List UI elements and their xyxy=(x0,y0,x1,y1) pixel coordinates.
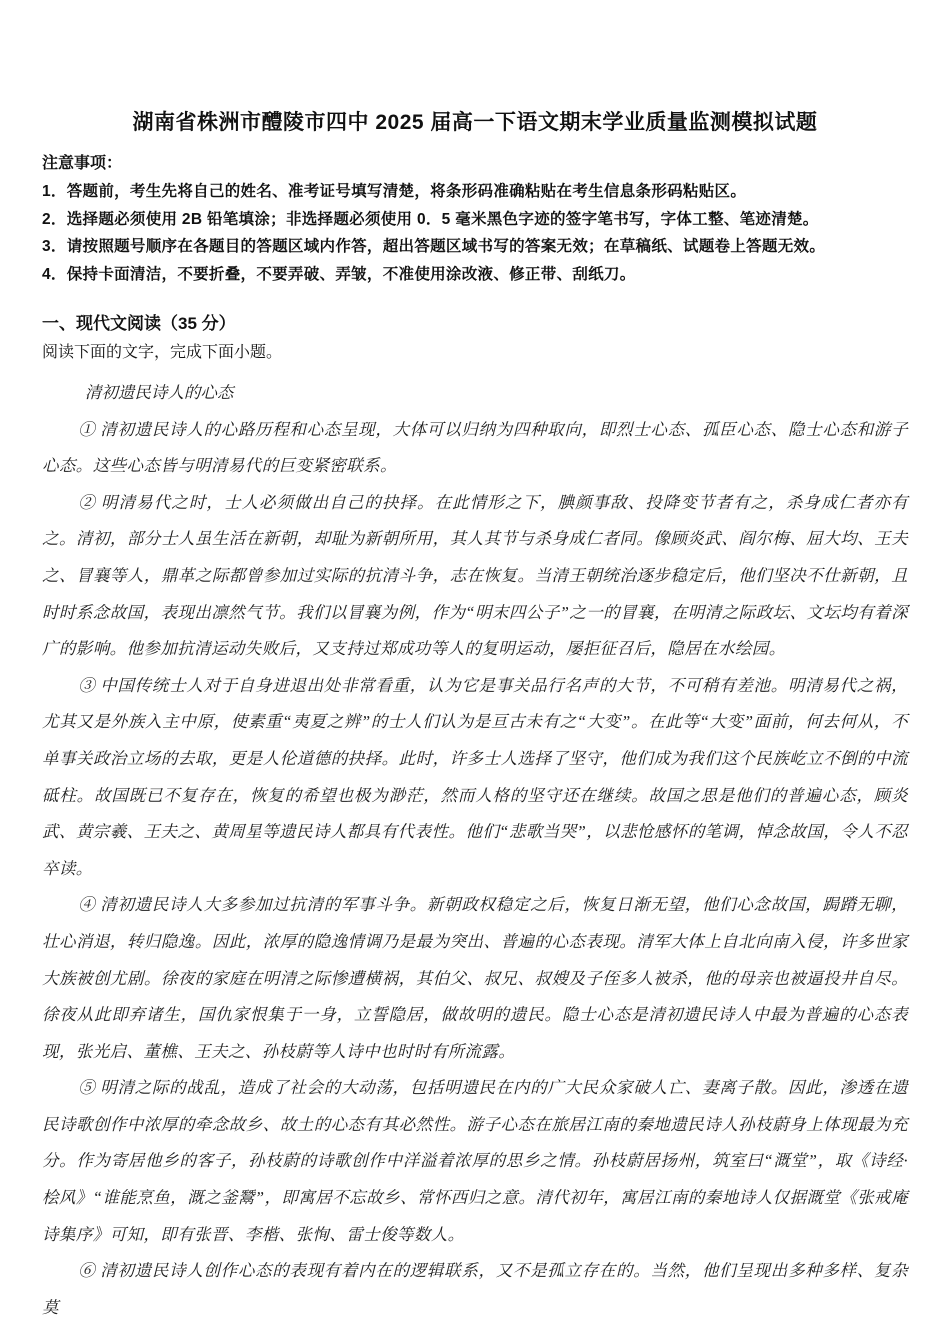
notice-item-3: 3．请按照题号顺序在各题目的答题区域内作答，超出答题区域书写的答案无效；在草稿纸… xyxy=(42,233,908,261)
notice-heading: 注意事项： xyxy=(42,152,908,176)
notice-item-4: 4．保持卡面清洁，不要折叠，不要弄破、弄皱，不准使用涂改液、修正带、刮纸刀。 xyxy=(42,261,908,289)
exam-paper-page: 湖南省株洲市醴陵市四中 2025 届高一下语文期末学业质量监测模拟试题 注意事项… xyxy=(0,0,950,1344)
notice-item-2: 2．选择题必须使用 2B 铅笔填涂；非选择题必须使用 0．5 毫米黑色字迹的签字… xyxy=(42,206,908,234)
reading-passage: 清初遗民诗人的心态 ① 清初遗民诗人的心路历程和心态呈现，大体可以归纳为四种取向… xyxy=(42,375,908,1326)
document-body: 湖南省株洲市醴陵市四中 2025 届高一下语文期末学业质量监测模拟试题 注意事项… xyxy=(0,110,950,1326)
notice-item-1: 1．答题前，考生先将自己的姓名、准考证号填写清楚，将条形码准确粘贴在考生信息条形… xyxy=(42,178,908,206)
passage-paragraph-4: ④ 清初遗民诗人大多参加过抗清的军事斗争。新朝政权稳定之后，恢复日渐无望，他们心… xyxy=(42,887,908,1070)
section-heading-modern-reading: 一、现代文阅读（35 分） xyxy=(42,312,908,336)
passage-paragraph-6: ⑥ 清初遗民诗人创作心态的表现有着内在的逻辑联系，又不是孤立存在的。当然，他们呈… xyxy=(42,1253,908,1326)
reading-instruction: 阅读下面的文字，完成下面小题。 xyxy=(42,341,908,365)
page-title: 湖南省株洲市醴陵市四中 2025 届高一下语文期末学业质量监测模拟试题 xyxy=(42,110,908,136)
passage-paragraph-1: ① 清初遗民诗人的心路历程和心态呈现，大体可以归纳为四种取向，即烈士心态、孤臣心… xyxy=(42,412,908,485)
passage-paragraph-5: ⑤ 明清之际的战乱，造成了社会的大动荡，包括明遗民在内的广大民众家破人亡、妻离子… xyxy=(42,1070,908,1253)
passage-title: 清初遗民诗人的心态 xyxy=(42,375,908,412)
passage-paragraph-3: ③ 中国传统士人对于自身进退出处非常看重，认为它是事关品行名声的大节，不可稍有差… xyxy=(42,668,908,888)
notice-list: 1．答题前，考生先将自己的姓名、准考证号填写清楚，将条形码准确粘贴在考生信息条形… xyxy=(42,178,908,288)
passage-paragraph-2: ② 明清易代之时，士人必须做出自己的抉择。在此情形之下，腆颜事敌、投降变节者有之… xyxy=(42,485,908,668)
